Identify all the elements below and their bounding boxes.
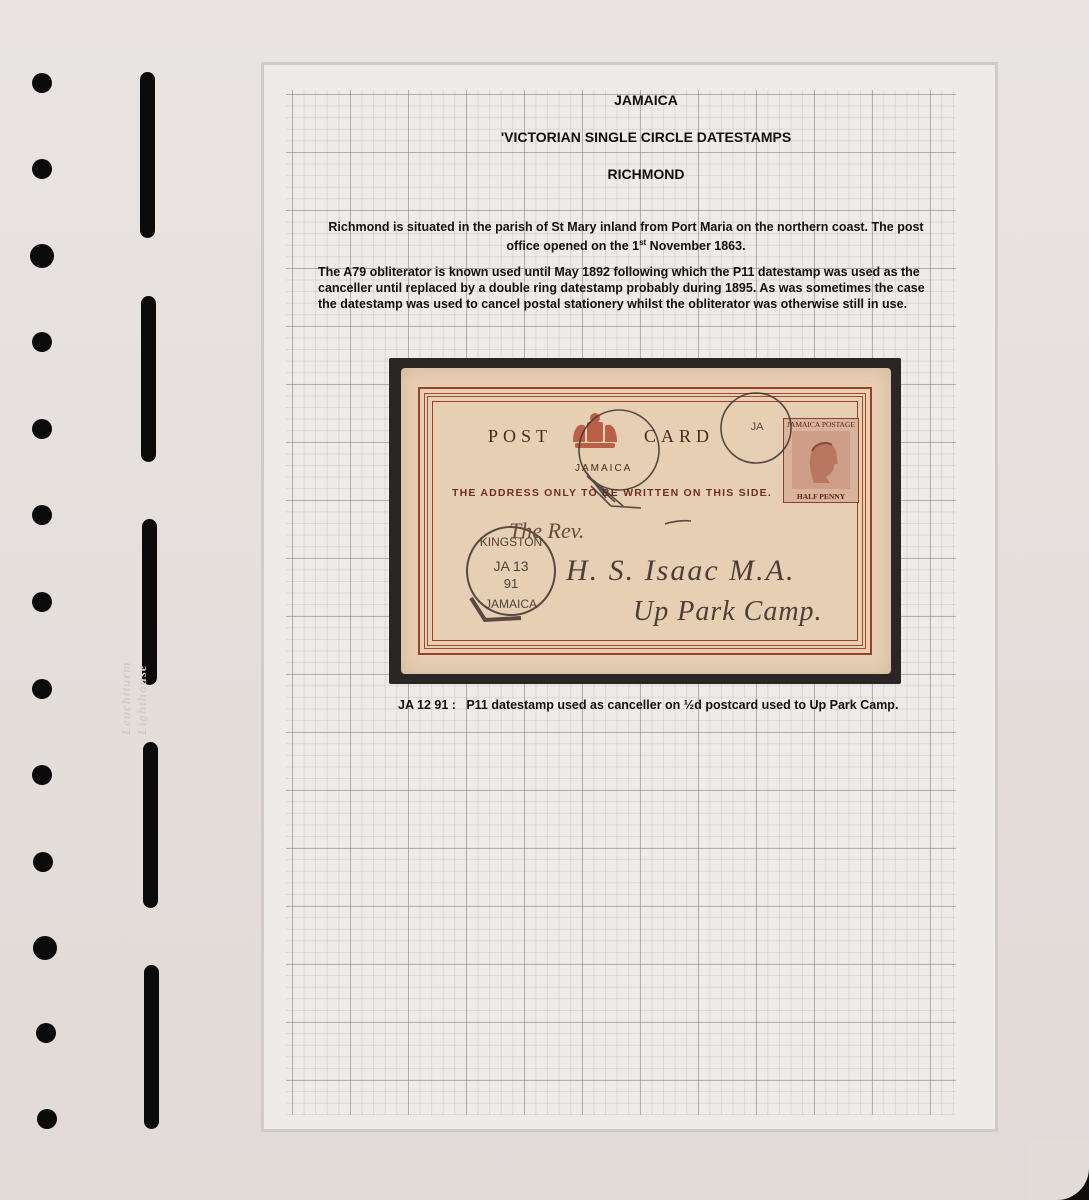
binder-hole: [32, 73, 52, 93]
binder-hole: [30, 244, 54, 268]
binder-hole: [32, 765, 52, 785]
address-honorific: The Rev.: [509, 518, 584, 544]
indicium-top-label: JAMAICA POSTAGE: [784, 420, 858, 429]
postcard: POST CARD JAMAICA THE ADDRESS ONLY TO BE…: [401, 368, 891, 674]
binder-hole: [33, 852, 53, 872]
album-watermark: Leuchtturm Lighthouse: [118, 505, 148, 735]
binder-slot: [140, 72, 155, 238]
postcard-post-label: POST: [488, 426, 552, 447]
address-line-name: H. S. Isaac M.A.: [566, 554, 795, 588]
postcard-instruction: THE ADDRESS ONLY TO BE WRITTEN ON THIS S…: [452, 487, 772, 499]
history-paragraph: The A79 obliterator is known used until …: [318, 264, 968, 312]
address-line-place: Up Park Camp.: [633, 596, 823, 628]
binder-slot: [144, 965, 159, 1129]
binder-hole: [33, 936, 57, 960]
queen-victoria-head-icon: [792, 431, 850, 489]
caption-date: JA 12 91 :: [398, 698, 456, 712]
binder-slot: [143, 742, 158, 908]
binder-hole: [32, 505, 52, 525]
binder-hole: [32, 332, 52, 352]
watermark-right: Lighthouse: [134, 505, 150, 735]
binder-hole: [37, 1109, 57, 1129]
intro-line-2-suffix: November 1863.: [646, 239, 745, 253]
binder-hole: [32, 419, 52, 439]
page-subheading: 'VICTORIAN SINGLE CIRCLE DATESTAMPS: [286, 129, 1006, 145]
section-title: RICHMOND: [286, 166, 1006, 182]
binder-hole: [32, 679, 52, 699]
history-line: The A79 obliterator is known used until …: [318, 264, 968, 280]
binder-hole: [36, 1023, 56, 1043]
half-penny-indicium: JAMAICA POSTAGE HALF PENNY: [783, 418, 859, 503]
intro-line-1: Richmond is situated in the parish of St…: [300, 219, 952, 235]
intro-line-2: office opened on the 1st November 1863.: [300, 235, 952, 254]
intro-paragraph: Richmond is situated in the parish of St…: [300, 219, 952, 254]
intro-line-2-prefix: office opened on the 1: [506, 239, 639, 253]
postcard-country-label: JAMAICA: [575, 463, 632, 474]
page-heading: JAMAICA: [286, 92, 1006, 108]
item-caption: JA 12 91 : P11 datestamp used as cancell…: [398, 698, 898, 712]
history-line: canceller until replaced by a double rin…: [318, 280, 968, 296]
binder-hole: [32, 592, 52, 612]
postcard-card-label: CARD: [644, 426, 714, 447]
caption-text: P11 datestamp used as canceller on ½d po…: [466, 698, 898, 712]
watermark-left: Leuchtturm: [118, 505, 134, 735]
binder-slot: [141, 296, 156, 462]
indicium-bottom-label: HALF PENNY: [784, 492, 858, 501]
album-page: Leuchtturm Lighthouse JAMAICA 'VICTORIAN…: [0, 0, 1089, 1200]
history-line: the datestamp was used to cancel postal …: [318, 296, 968, 312]
binder-hole: [32, 159, 52, 179]
coat-of-arms-icon: [569, 412, 621, 452]
